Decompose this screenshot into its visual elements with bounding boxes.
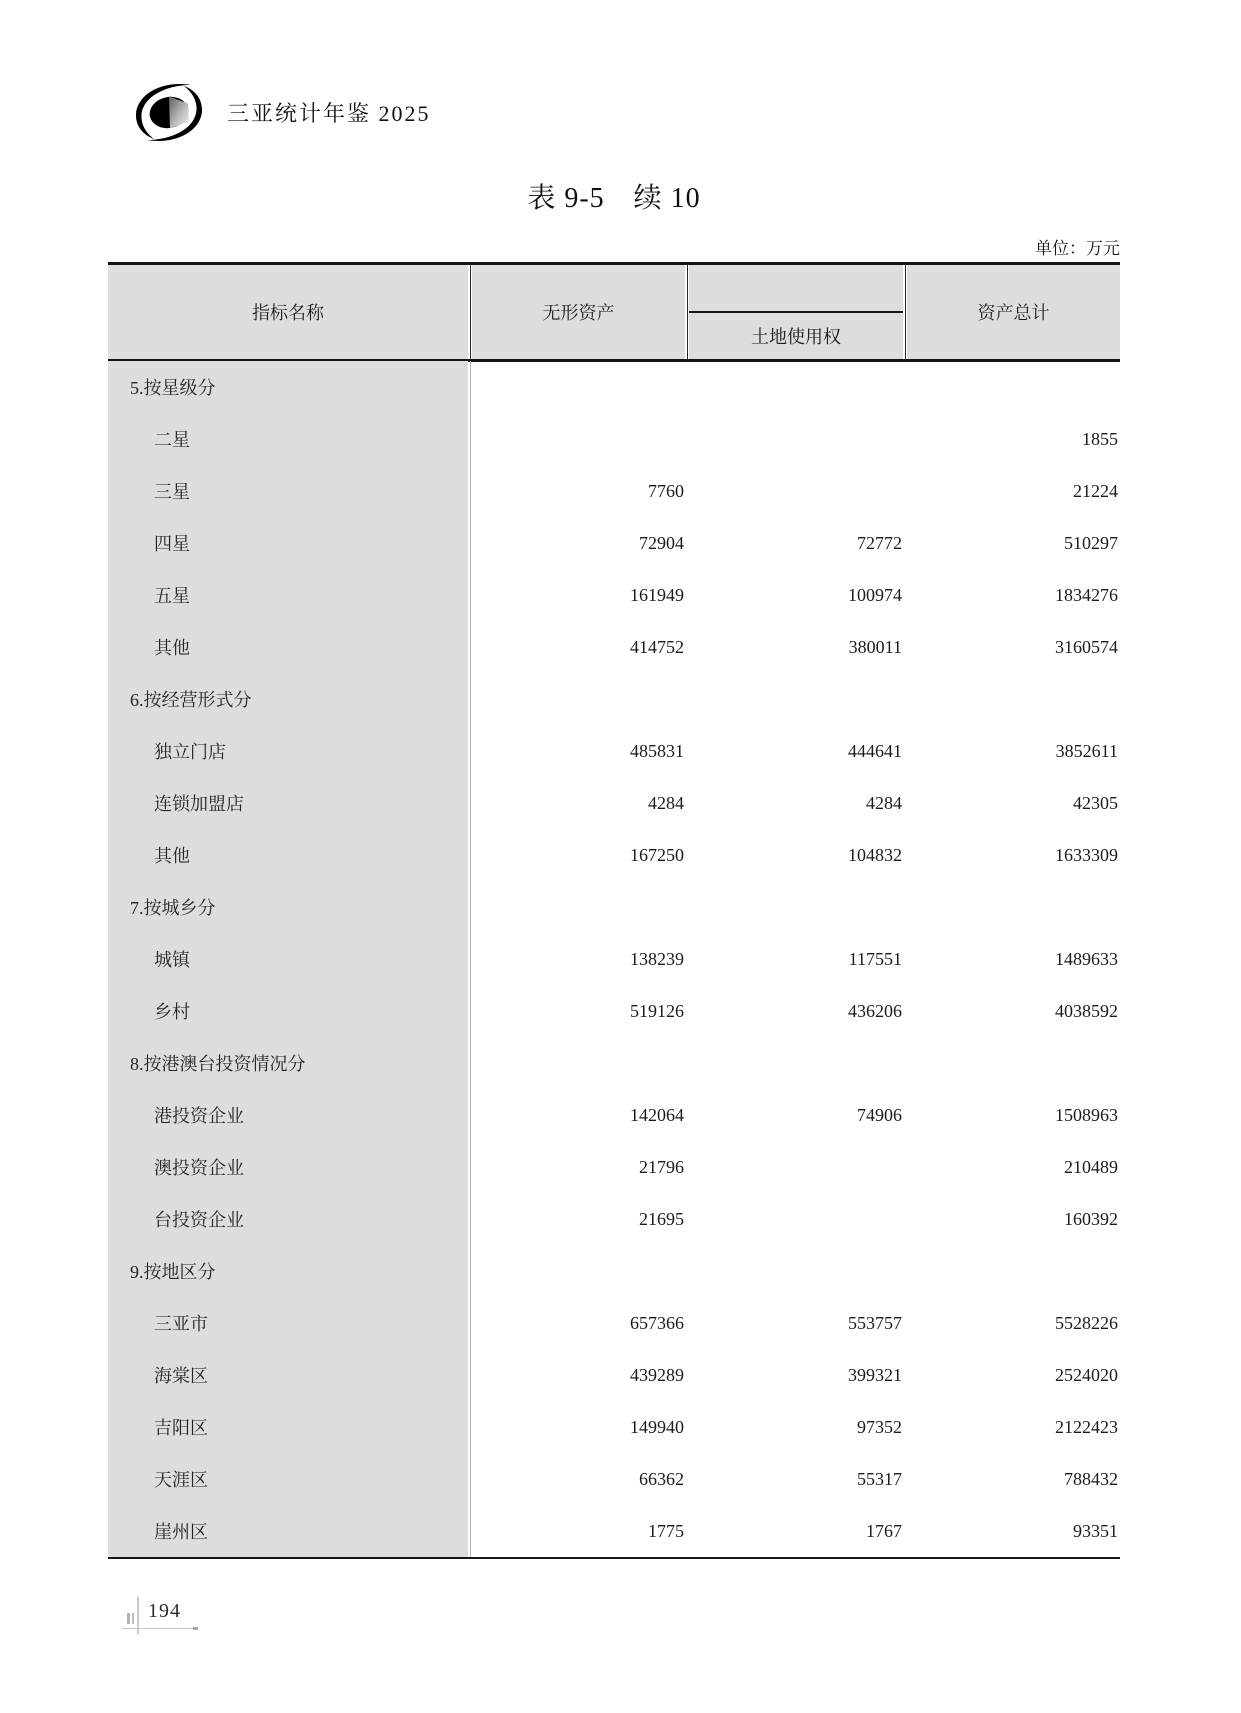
cell-total-assets: 2524020 [904,1349,1120,1401]
cell-land-use-rights: 553757 [686,1297,904,1349]
cell-intangible-assets: 138239 [471,933,686,985]
cell-land-use-rights [686,361,904,413]
column-gap [468,1349,471,1401]
unit-note: 单位：万元 [108,234,1120,259]
row-label: 城镇 [108,933,468,985]
cell-land-use-rights [686,1037,904,1089]
row-label: 天涯区 [108,1453,468,1505]
yearbook-title: 三亚统计年鉴 2025 [227,97,431,128]
cell-land-use-rights: 4284 [686,777,904,829]
column-gap [468,881,471,933]
cell-intangible-assets [471,881,686,933]
cell-total-assets: 1834276 [904,569,1120,621]
column-gap [468,413,471,465]
cell-total-assets: 788432 [904,1453,1120,1505]
cell-land-use-rights: 100974 [686,569,904,621]
cell-intangible-assets: 66362 [471,1453,686,1505]
row-label: 三星 [108,465,468,517]
cell-intangible-assets: 161949 [471,569,686,621]
cell-intangible-assets: 167250 [471,829,686,881]
row-label: 5.按星级分 [108,361,468,413]
table-row: 澳投资企业 21796 210489 [108,1141,1120,1193]
cell-total-assets [904,1245,1120,1297]
column-gap [468,517,471,569]
column-gap [468,1401,471,1453]
cell-total-assets: 1633309 [904,829,1120,881]
cell-land-use-rights: 399321 [686,1349,904,1401]
column-gap [468,1453,471,1505]
cell-total-assets [904,361,1120,413]
cell-land-use-rights: 72772 [686,517,904,569]
cell-land-use-rights: 380011 [686,621,904,673]
cell-total-assets: 1508963 [904,1089,1120,1141]
table-row: 城镇 138239 117551 1489633 [108,933,1120,985]
column-gap [468,829,471,881]
row-label: 澳投资企业 [108,1141,468,1193]
cell-intangible-assets: 21695 [471,1193,686,1245]
column-header-land-use-rights: 土地使用权 [689,265,903,359]
column-gap [468,1037,471,1089]
cell-total-assets [904,673,1120,725]
column-gap [468,569,471,621]
row-label: 9.按地区分 [108,1245,468,1297]
column-gap [468,985,471,1037]
cell-total-assets: 5528226 [904,1297,1120,1349]
cell-land-use-rights [686,1141,904,1193]
cell-total-assets: 510297 [904,517,1120,569]
table-row: 台投资企业 21695 160392 [108,1193,1120,1245]
crop-mark-bar [127,1613,130,1624]
table-row: 吉阳区 149940 97352 2122423 [108,1401,1120,1453]
table-row: 9.按地区分 [108,1245,1120,1297]
header-divider [470,265,471,359]
column-header-total-assets: 资产总计 [907,265,1120,359]
table-row: 三星 7760 21224 [108,465,1120,517]
crop-mark-bar [132,1613,134,1624]
cell-intangible-assets: 21796 [471,1141,686,1193]
table-row: 乡村 519126 436206 4038592 [108,985,1120,1037]
cell-land-use-rights: 117551 [686,933,904,985]
cell-total-assets: 160392 [904,1193,1120,1245]
cell-land-use-rights: 104832 [686,829,904,881]
cell-total-assets: 93351 [904,1505,1120,1557]
column-gap [468,933,471,985]
cell-total-assets [904,1037,1120,1089]
table-row: 其他 167250 104832 1633309 [108,829,1120,881]
row-label: 乡村 [108,985,468,1037]
table-row: 连锁加盟店 4284 4284 42305 [108,777,1120,829]
cell-intangible-assets: 149940 [471,1401,686,1453]
cell-land-use-rights: 97352 [686,1401,904,1453]
column-gap [468,777,471,829]
statistics-table: 指标名称 无形资产 土地使用权 资产总计 5.按星级分 二星 185 [108,264,1120,1559]
cell-total-assets: 3160574 [904,621,1120,673]
cell-land-use-rights: 444641 [686,725,904,777]
row-label: 崖州区 [108,1505,468,1557]
table-header: 指标名称 无形资产 土地使用权 资产总计 [108,264,1120,361]
cell-land-use-rights [686,413,904,465]
table-body: 5.按星级分 二星 1855 三星 7760 21224 四星 72904 72… [108,361,1120,1559]
cell-land-use-rights [686,465,904,517]
row-label: 二星 [108,413,468,465]
cell-intangible-assets: 414752 [471,621,686,673]
table-row: 港投资企业 142064 74906 1508963 [108,1089,1120,1141]
cell-intangible-assets: 72904 [471,517,686,569]
row-label: 港投资企业 [108,1089,468,1141]
row-label: 吉阳区 [108,1401,468,1453]
table-row: 其他 414752 380011 3160574 [108,621,1120,673]
column-gap [468,361,471,413]
cell-intangible-assets: 142064 [471,1089,686,1141]
land-use-rights-empty-cell [689,265,903,313]
cell-land-use-rights [686,881,904,933]
row-label: 台投资企业 [108,1193,468,1245]
cell-total-assets: 21224 [904,465,1120,517]
column-gap [468,1089,471,1141]
table-title: 表 9-5 续 10 [108,176,1120,216]
row-label: 6.按经营形式分 [108,673,468,725]
table-row: 8.按港澳台投资情况分 [108,1037,1120,1089]
column-gap [468,1141,471,1193]
cell-total-assets: 4038592 [904,985,1120,1037]
cell-land-use-rights: 74906 [686,1089,904,1141]
cell-land-use-rights [686,673,904,725]
column-gap [468,1193,471,1245]
cell-total-assets: 3852611 [904,725,1120,777]
table-row: 三亚市 657366 553757 5528226 [108,1297,1120,1349]
column-gap [468,1505,471,1557]
crop-mark-horizontal-line [122,1628,196,1629]
page-header: 三亚统计年鉴 2025 [133,83,431,142]
cell-total-assets: 2122423 [904,1401,1120,1453]
header-divider [905,265,906,359]
cell-intangible-assets: 1775 [471,1505,686,1557]
cell-land-use-rights: 436206 [686,985,904,1037]
column-header-intangible-assets: 无形资产 [472,265,685,359]
table-row: 海棠区 439289 399321 2524020 [108,1349,1120,1401]
cell-land-use-rights: 55317 [686,1453,904,1505]
cell-land-use-rights [686,1193,904,1245]
table-row: 5.按星级分 [108,361,1120,413]
cell-total-assets: 1855 [904,413,1120,465]
cell-intangible-assets [471,361,686,413]
row-label: 7.按城乡分 [108,881,468,933]
column-gap [468,465,471,517]
table-row: 独立门店 485831 444641 3852611 [108,725,1120,777]
crop-mark-tick [193,1627,198,1630]
column-gap [468,725,471,777]
cell-total-assets: 42305 [904,777,1120,829]
cell-total-assets [904,881,1120,933]
row-label: 其他 [108,829,468,881]
column-gap [468,1245,471,1297]
row-label: 其他 [108,621,468,673]
row-label: 8.按港澳台投资情况分 [108,1037,468,1089]
header-divider [687,265,688,359]
row-label: 四星 [108,517,468,569]
cell-total-assets: 210489 [904,1141,1120,1193]
cell-intangible-assets: 485831 [471,725,686,777]
cell-intangible-assets [471,1245,686,1297]
row-label: 独立门店 [108,725,468,777]
table-row: 天涯区 66362 55317 788432 [108,1453,1120,1505]
row-label: 三亚市 [108,1297,468,1349]
cell-intangible-assets [471,1037,686,1089]
row-label: 五星 [108,569,468,621]
cell-intangible-assets: 439289 [471,1349,686,1401]
table-row: 崖州区 1775 1767 93351 [108,1505,1120,1557]
table-row: 6.按经营形式分 [108,673,1120,725]
table-row: 7.按城乡分 [108,881,1120,933]
land-use-rights-label: 土地使用权 [689,313,903,359]
table-row: 四星 72904 72772 510297 [108,517,1120,569]
cell-intangible-assets: 7760 [471,465,686,517]
table-row: 二星 1855 [108,413,1120,465]
row-label: 海棠区 [108,1349,468,1401]
table-row: 五星 161949 100974 1834276 [108,569,1120,621]
cell-intangible-assets: 4284 [471,777,686,829]
cell-total-assets: 1489633 [904,933,1120,985]
cell-intangible-assets: 519126 [471,985,686,1037]
cell-land-use-rights: 1767 [686,1505,904,1557]
column-gap [468,673,471,725]
yearbook-page: 三亚统计年鉴 2025 表 9-5 续 10 单位：万元 指标名称 无形资产 土… [0,0,1241,1713]
cell-intangible-assets [471,673,686,725]
column-gap [468,621,471,673]
cell-land-use-rights [686,1245,904,1297]
yearbook-logo-icon [133,83,205,142]
page-number: 194 [148,1600,181,1623]
column-header-indicator: 指标名称 [108,265,468,359]
cell-intangible-assets [471,413,686,465]
column-gap [468,1297,471,1349]
row-label: 连锁加盟店 [108,777,468,829]
cell-intangible-assets: 657366 [471,1297,686,1349]
